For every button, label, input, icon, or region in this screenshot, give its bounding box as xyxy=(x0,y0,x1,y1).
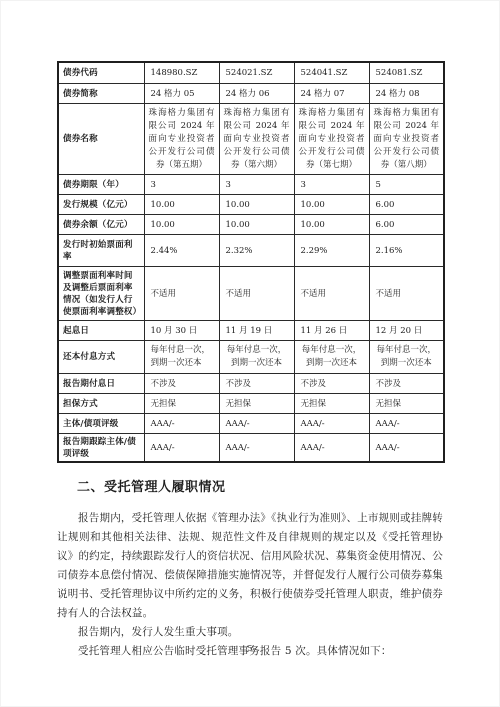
table-cell: 2.29% xyxy=(294,235,369,267)
table-cell: 524081.SZ xyxy=(369,62,444,84)
table-cell: 无担保 xyxy=(294,394,369,414)
table-cell: 每年付息一次，到期一次还本 xyxy=(369,341,444,374)
table-cell: AAA/- xyxy=(219,434,294,463)
section-heading: 二、受托管理人履职情况 xyxy=(77,479,443,496)
document-page: 债券代码 148980.SZ 524021.SZ 524041.SZ 52408… xyxy=(0,0,500,707)
table-cell: 11 月 26 日 xyxy=(294,321,369,341)
table-cell: 珠海格力集团有限公司 2024 年面向专业投资者公开发行公司债券（第八期） xyxy=(369,104,444,175)
table-cell: 无担保 xyxy=(219,394,294,414)
row-label: 发行时初始票面利率 xyxy=(58,235,144,267)
table-cell: 10.00 xyxy=(294,195,369,215)
table-cell: AAA/- xyxy=(369,414,444,434)
table-cell: 无担保 xyxy=(369,394,444,414)
table-row: 主体/债项评级 AAA/- AAA/- AAA/- AAA/- xyxy=(58,414,444,434)
table-cell: AAA/- xyxy=(219,414,294,434)
table-cell: 24 格力 06 xyxy=(219,84,294,104)
table-cell: 3 xyxy=(219,175,294,195)
row-label: 调整票面利率时间及调整后票面利率情况（如发行人行使票面利率调整权） xyxy=(58,267,144,321)
table-cell: AAA/- xyxy=(369,434,444,463)
page-content: 债券代码 148980.SZ 524021.SZ 524041.SZ 52408… xyxy=(57,61,443,661)
row-label: 债券期限（年） xyxy=(58,175,144,195)
table-row: 报告期付息日 不涉及 不涉及 不涉及 不涉及 xyxy=(58,374,444,394)
table-row: 债券期限（年） 3 3 3 5 xyxy=(58,175,444,195)
row-label: 债券代码 xyxy=(58,62,144,84)
table-cell: 无担保 xyxy=(144,394,219,414)
table-cell: AAA/- xyxy=(144,414,219,434)
table-cell: 不涉及 xyxy=(294,374,369,394)
table-cell: 珠海格力集团有限公司 2024 年面向专业投资者公开发行公司债券（第五期） xyxy=(144,104,219,175)
table-cell: 不涉及 xyxy=(219,374,294,394)
table-cell: 24 格力 08 xyxy=(369,84,444,104)
table-cell: 10 月 30 日 xyxy=(144,321,219,341)
table-cell: 每年付息一次，到期一次还本 xyxy=(219,341,294,374)
table-row: 发行时初始票面利率 2.44% 2.32% 2.29% 2.16% xyxy=(58,235,444,267)
table-cell: 10.00 xyxy=(219,195,294,215)
table-cell: 3 xyxy=(294,175,369,195)
table-cell: 2.32% xyxy=(219,235,294,267)
bond-info-table: 债券代码 148980.SZ 524021.SZ 524041.SZ 52408… xyxy=(57,61,445,463)
table-cell: 每年付息一次，到期一次还本 xyxy=(144,341,219,374)
paragraph: 报告期内，受托管理人依据《管理办法》《执业行为准则》、上市规则或挂牌转让规则和其… xyxy=(57,509,443,623)
table-row: 债券代码 148980.SZ 524021.SZ 524041.SZ 52408… xyxy=(58,62,444,84)
table-cell: AAA/- xyxy=(294,434,369,463)
table-cell: 珠海格力集团有限公司 2024 年面向专业投资者公开发行公司债券（第六期） xyxy=(219,104,294,175)
table-cell: 不适用 xyxy=(144,267,219,321)
row-label: 债券名称 xyxy=(58,104,144,175)
table-cell: 不涉及 xyxy=(144,374,219,394)
table-cell: 24 格力 05 xyxy=(144,84,219,104)
table-cell: 5 xyxy=(369,175,444,195)
table-cell: 12 月 20 日 xyxy=(369,321,444,341)
table-cell: 3 xyxy=(144,175,219,195)
row-label: 发行规模（亿元） xyxy=(58,195,144,215)
table-cell: 不适用 xyxy=(219,267,294,321)
table-cell: 524041.SZ xyxy=(294,62,369,84)
table-cell: 2.44% xyxy=(144,235,219,267)
table-row: 报告期跟踪主体/债项评级 AAA/- AAA/- AAA/- AAA/- xyxy=(58,434,444,463)
row-label: 报告期跟踪主体/债项评级 xyxy=(58,434,144,463)
table-row: 债券余额（亿元） 10.00 10.00 10.00 6.00 xyxy=(58,215,444,235)
table-cell: 不适用 xyxy=(294,267,369,321)
table-cell: 不适用 xyxy=(369,267,444,321)
row-label: 报告期付息日 xyxy=(58,374,144,394)
row-label: 债券简称 xyxy=(58,84,144,104)
table-cell: 524021.SZ xyxy=(219,62,294,84)
table-cell: 每年付息一次，到期一次还本 xyxy=(294,341,369,374)
table-row: 还本付息方式 每年付息一次，到期一次还本 每年付息一次，到期一次还本 每年付息一… xyxy=(58,341,444,374)
table-row: 发行规模（亿元） 10.00 10.00 10.00 6.00 xyxy=(58,195,444,215)
table-row: 债券简称 24 格力 05 24 格力 06 24 格力 07 24 格力 08 xyxy=(58,84,444,104)
row-label: 债券余额（亿元） xyxy=(58,215,144,235)
table-row: 起息日 10 月 30 日 11 月 19 日 11 月 26 日 12 月 2… xyxy=(58,321,444,341)
table-cell: 珠海格力集团有限公司 2024 年面向专业投资者公开发行公司债券（第七期） xyxy=(294,104,369,175)
paragraph: 报告期内，发行人发生重大事项。 xyxy=(57,623,443,642)
row-label: 还本付息方式 xyxy=(58,341,144,374)
table-cell: 11 月 19 日 xyxy=(219,321,294,341)
table-cell: 10.00 xyxy=(144,195,219,215)
table-cell: 10.00 xyxy=(294,215,369,235)
table-cell: 2.16% xyxy=(369,235,444,267)
table-cell: 6.00 xyxy=(369,215,444,235)
page-number: 5 xyxy=(0,644,500,653)
table-cell: 6.00 xyxy=(369,195,444,215)
table-cell: 148980.SZ xyxy=(144,62,219,84)
table-cell: 10.00 xyxy=(219,215,294,235)
table-cell: AAA/- xyxy=(144,434,219,463)
table-cell: 不涉及 xyxy=(369,374,444,394)
row-label: 主体/债项评级 xyxy=(58,414,144,434)
table-cell: AAA/- xyxy=(294,414,369,434)
table-row: 债券名称 珠海格力集团有限公司 2024 年面向专业投资者公开发行公司债券（第五… xyxy=(58,104,444,175)
row-label: 担保方式 xyxy=(58,394,144,414)
table-row: 调整票面利率时间及调整后票面利率情况（如发行人行使票面利率调整权） 不适用 不适… xyxy=(58,267,444,321)
section-body: 报告期内，受托管理人依据《管理办法》《执业行为准则》、上市规则或挂牌转让规则和其… xyxy=(57,509,443,661)
table-cell: 24 格力 07 xyxy=(294,84,369,104)
row-label: 起息日 xyxy=(58,321,144,341)
table-row: 担保方式 无担保 无担保 无担保 无担保 xyxy=(58,394,444,414)
table-cell: 10.00 xyxy=(144,215,219,235)
